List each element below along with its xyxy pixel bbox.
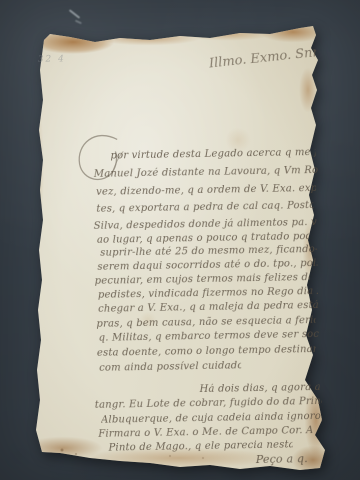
handwritten-line: Manuel Jozé distante na Lavoura, q Vm Ro… (94, 165, 318, 180)
handwritten-line: q. Militas, q embarco termos deve ser so… (99, 329, 319, 344)
handwritten-line: pedistes, vindicada fizermos no Rego dia… (98, 286, 318, 301)
handwritten-line: tangr. Eu Lote de cobrar, fugido do da P… (95, 396, 322, 411)
pencil-inscription: 32 4 (38, 54, 66, 64)
handwritten-line: Silva, despedidos donde já alimentos pa.… (94, 217, 317, 232)
handwritten-line: pecuniar, em cujos termos mais felizes d… (95, 272, 310, 287)
handwritten-line: Há dois dias, q agora apa (199, 382, 319, 395)
handwritten-line: ao lugar, q apenas o pouco q tratado pod… (97, 231, 309, 246)
handwritten-line: com ainda possível cuidado (99, 360, 241, 373)
handwritten-line: Firmara o V. Exa. o Me. de Campo Cor. An… (98, 425, 312, 440)
handwritten-line: chegar a V. Exa., q a maleja da pedra es… (98, 300, 318, 315)
handwritten-line: serem daqui socorridos até o do. tpo., p… (97, 258, 317, 273)
handwritten-line: pras, q bem causa, não se esquecia a fer… (96, 315, 315, 330)
handwritten-line: Pinto de Mago., q ele parecia nesta Cade… (108, 439, 292, 453)
handwritten-line: tes, q exportara a pedra de cal caq. Pos… (96, 200, 313, 215)
photo-background: 32 4 Illmo. Exmo. Snr. por virtude desta… (0, 0, 360, 480)
handwritten-line: por virtude desta Legado acerca q me fez… (110, 147, 315, 162)
handwritten-line: Albuquerque, de cuja cadeia ainda ignoro… (101, 411, 322, 426)
handwritten-line: esta doente, como o longo tempo destinam… (97, 344, 316, 359)
letter-body: 32 4 Illmo. Exmo. Snr. por virtude desta… (0, 0, 360, 480)
handwritten-line: suprir-lhe até 25 do mesmo mez, ficando-… (100, 244, 317, 259)
salutation-line: Illmo. Exmo. Snr. (208, 45, 317, 71)
closing-flourish-line: Peço a q. (256, 452, 318, 466)
handwritten-line: vez, dizendo-me, q a ordem de V. Exa. ex… (96, 183, 316, 198)
